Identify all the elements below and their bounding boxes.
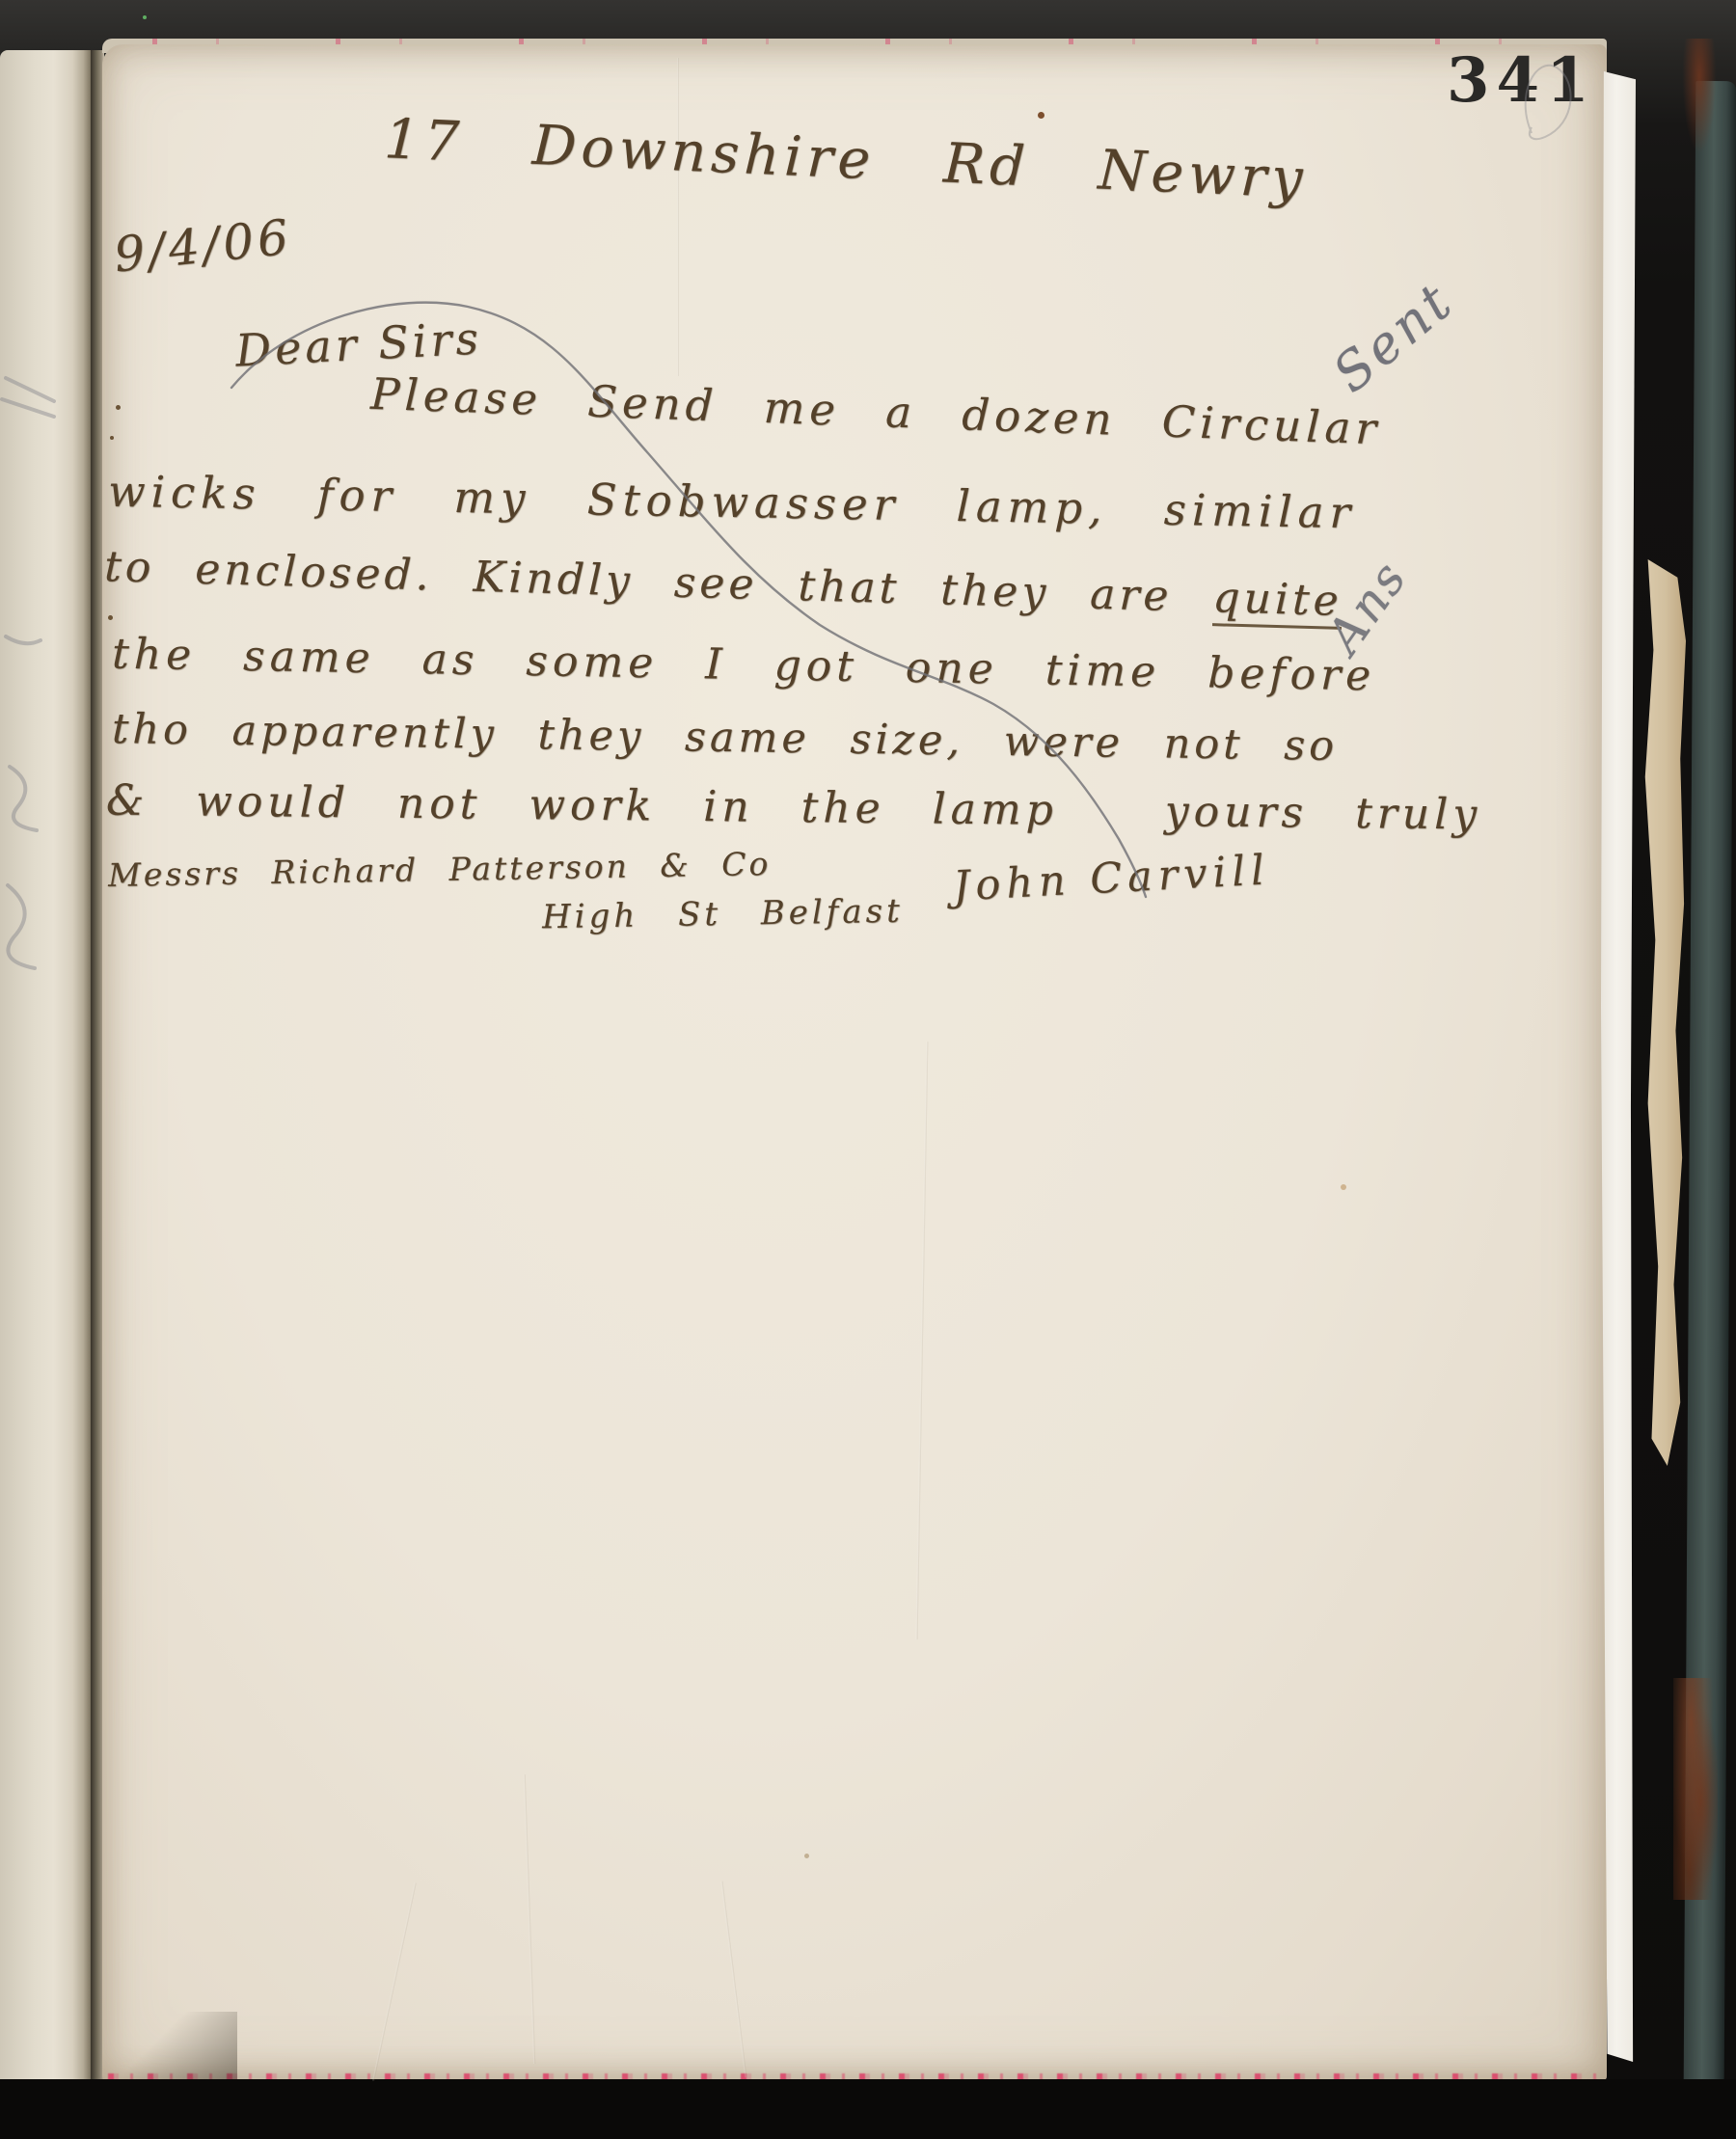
rust-debris <box>1673 1678 1718 1900</box>
rust-stain-top <box>1680 39 1719 164</box>
letter-closing: yours truly <box>1165 787 1482 839</box>
paper-crease <box>677 58 679 376</box>
dust-speck <box>143 15 147 19</box>
ink-speck <box>1038 112 1044 119</box>
paper-stain <box>804 1854 809 1858</box>
ink-speck <box>110 436 114 440</box>
page-corner-shadow <box>102 2012 237 2083</box>
letterbook-scan: 341 17 Downshire Rd Newry 9/4/06 Dear Si… <box>0 0 1736 2139</box>
paper-stain <box>1341 1184 1346 1190</box>
ink-speck <box>116 405 121 410</box>
previous-page-sliver <box>0 50 93 2081</box>
page-number: 341 <box>1447 44 1596 117</box>
letter-body-text: & would not work in the lamp <box>106 776 1058 835</box>
backdrop-bottom <box>0 2079 1736 2139</box>
letter-recipient-line: High St Belfast <box>542 892 904 937</box>
tissue-page-edge <box>1601 71 1636 2062</box>
ink-speck <box>108 615 113 620</box>
